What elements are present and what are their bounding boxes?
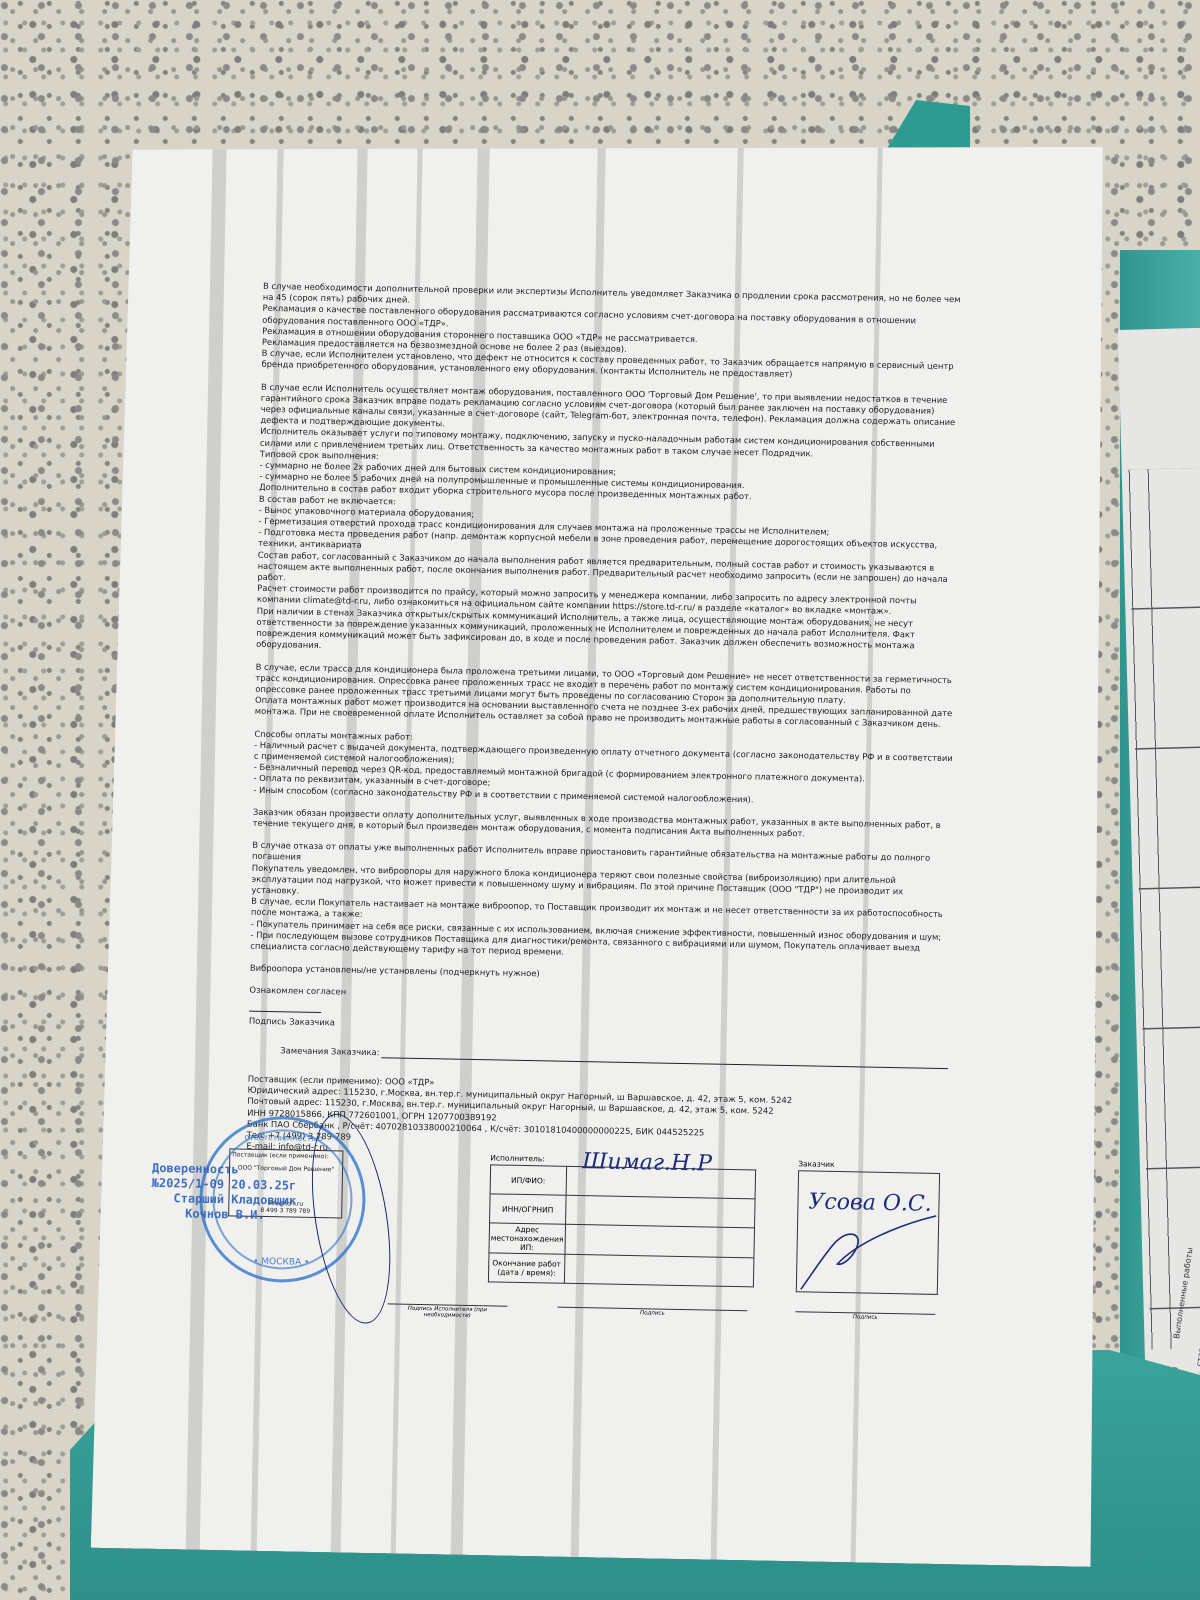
executor-field-value: [565, 1224, 755, 1258]
poa-name: Кочнов В.И.: [151, 1206, 296, 1224]
signature-lines: Подпись Исполнителя (при необходимости) …: [387, 1303, 947, 1314]
executor-field-value: [564, 1254, 754, 1287]
executor-handwritten-name: Шимаг.Н.Р: [582, 1149, 712, 1176]
remarks-line: [381, 1048, 948, 1069]
customer-signature-box: Усова О.С.: [796, 1170, 940, 1295]
scan-streak: [186, 130, 227, 1550]
executor-field-label: ИНН/ОГРНИП: [490, 1194, 566, 1224]
executor-field-value: [565, 1195, 755, 1228]
executor-field-label: ИП/ФИО:: [490, 1165, 566, 1195]
document-body: В случае необходимости дополнительной пр…: [246, 281, 963, 1166]
right-sign-line: Подпись: [795, 1311, 935, 1322]
section-claims: В случае необходимости дополнительной пр…: [261, 281, 963, 384]
remarks-label: Замечания Заказчика:: [280, 1045, 379, 1058]
customer-label: Заказчик: [798, 1159, 938, 1171]
document-page: В случае необходимости дополнительной пр…: [91, 128, 1118, 1567]
power-of-attorney-stamp: Доверенность №2025/1-09 20.03.25г Старши…: [151, 1161, 297, 1224]
section-installation: В случае если Исполнитель осуществляет м…: [256, 381, 961, 663]
executor-field-label: Окончание работ (дата / время):: [488, 1253, 564, 1283]
customer-signature-label: Подпись Заказчика: [249, 1015, 949, 1040]
poa-position: Старший Кладовщик: [151, 1191, 296, 1209]
section-vibration-mounts: В случае отказа от оплаты уже выполненны…: [250, 840, 952, 965]
executor-block: Исполнитель: ИП/ФИО:ИНН/ОГРНИПАдрес мест…: [488, 1153, 760, 1287]
executor-sign-line: Подпись Исполнителя (при необходимости): [387, 1303, 507, 1319]
customer-signature-scribble: [797, 1171, 939, 1294]
customer-signature-line: [249, 1010, 321, 1012]
executor-row: Окончание работ (дата / время):: [488, 1253, 754, 1287]
customer-block: Заказчик Усова О.С.: [796, 1159, 939, 1295]
executor-table: ИП/ФИО:ИНН/ОГРНИПАдрес местонахождения И…: [488, 1164, 756, 1287]
executor-field-label: Адрес местонахождения ИП:: [489, 1223, 565, 1254]
customer-remarks: Замечания Заказчика:: [280, 1045, 948, 1069]
